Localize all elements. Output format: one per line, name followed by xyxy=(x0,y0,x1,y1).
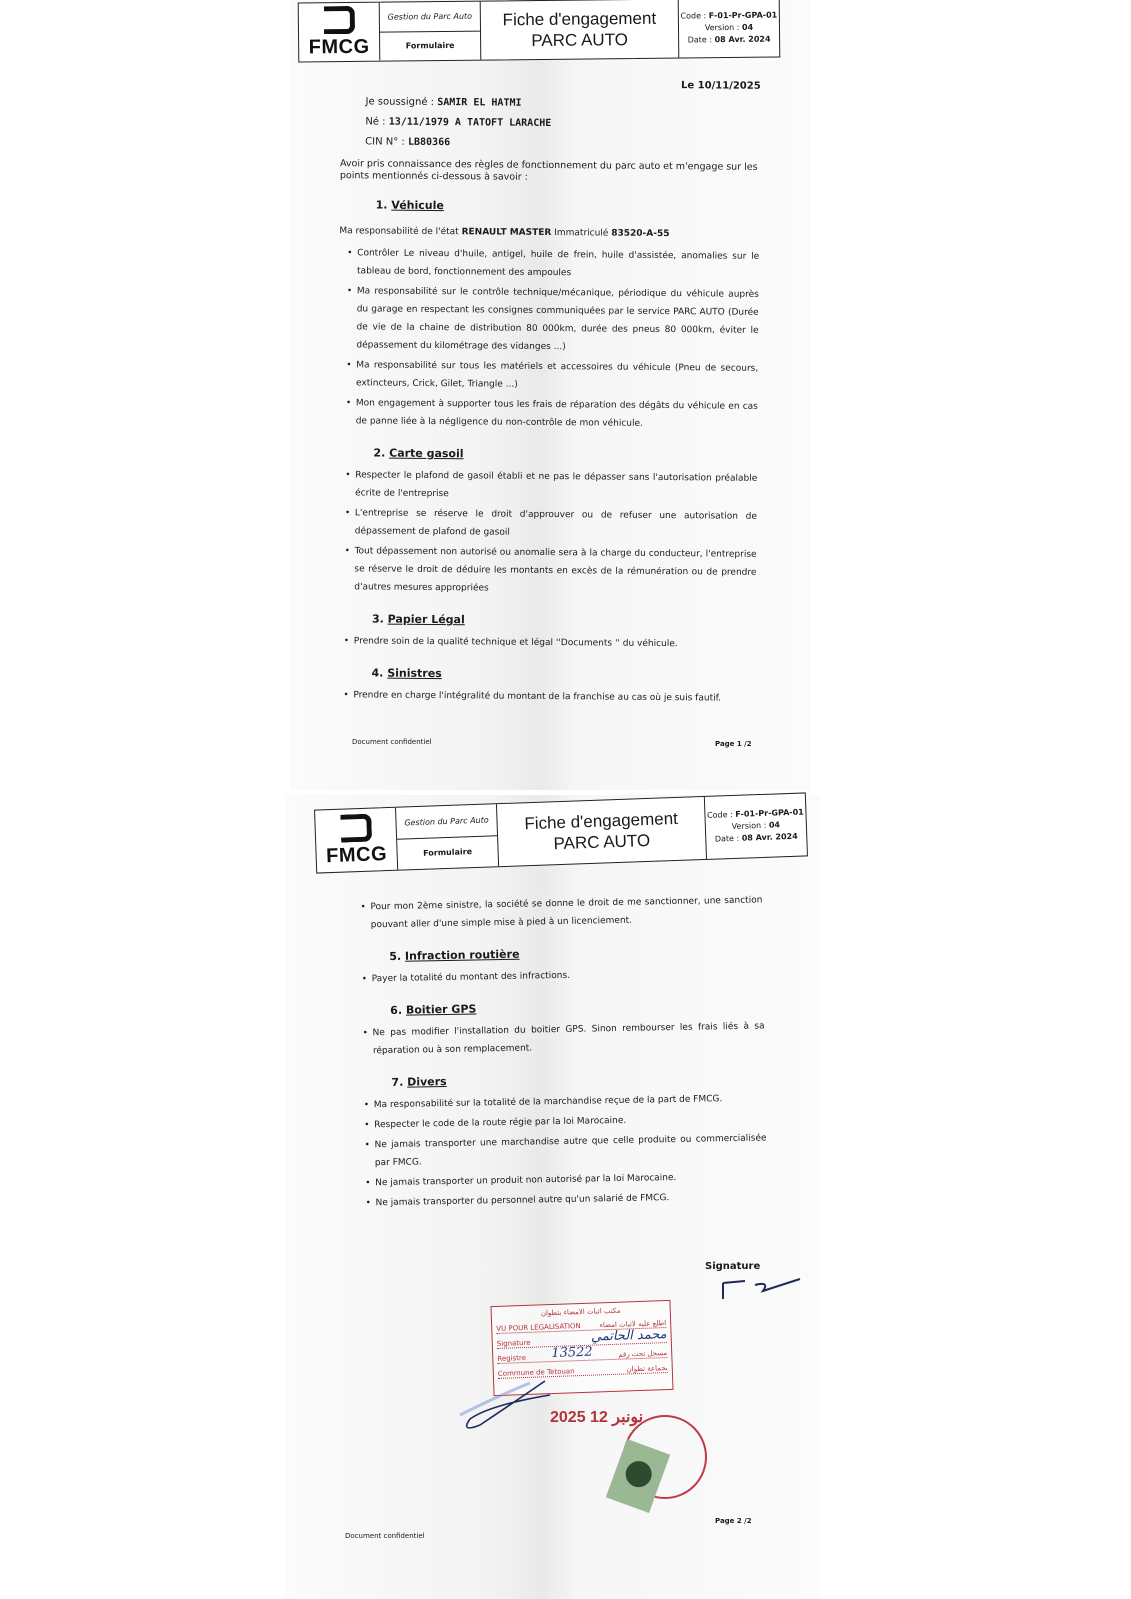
intro-text: Avoir pris connaissance des règles de fo… xyxy=(340,158,760,186)
footer-confidential: Document confidentiel xyxy=(352,738,432,746)
vehicle-responsibility: Ma responsabilité de l'état RENAULT MAST… xyxy=(339,222,759,244)
department-label: Gestion du Parc Auto xyxy=(380,2,480,33)
stamp-date: 2025 نونبر 12 xyxy=(550,1407,643,1427)
document-meta: Code : F-01-Pr-GPA-01 Version : 04 Date … xyxy=(679,0,780,58)
page2-content: Pour mon 2ème sinistre, la société se do… xyxy=(352,891,767,1214)
logo-text: FMCG xyxy=(309,35,370,59)
cin-number: LB80366 xyxy=(408,137,450,148)
list-item: L'entreprise se réserve le droit d'appro… xyxy=(355,504,757,544)
birth-info: 13/11/1979 A TATOFT LARACHE xyxy=(389,117,552,129)
section-vehicule: 1. Véhicule xyxy=(376,196,760,217)
logo-arrow-icon xyxy=(323,5,354,33)
company-logo: FMCG xyxy=(299,3,381,62)
document-page-1: FMCG Gestion du Parc Auto Formulaire Fic… xyxy=(290,0,810,790)
logo-arrow-icon xyxy=(340,813,372,842)
doc-code: F-01-Pr-GPA-01 xyxy=(709,11,778,21)
doc-version: 04 xyxy=(742,23,753,32)
doc-date: 08 Avr. 2024 xyxy=(715,35,771,45)
document-header: FMCG Gestion du Parc Auto Formulaire Fic… xyxy=(298,0,781,63)
doc-version: 04 xyxy=(769,820,780,829)
section-infraction-routiere: 5. Infraction routière xyxy=(389,941,763,966)
document-meta: Code : F-01-Pr-GPA-01 Version : 04 Date … xyxy=(705,793,807,858)
official-signature-icon xyxy=(450,1375,560,1435)
list-item: Contrôler Le niveau d'huile, antigel, hu… xyxy=(357,244,759,284)
section-papier-legal: 3. Papier Légal xyxy=(372,610,756,631)
list-item: Prendre en charge l'intégralité du monta… xyxy=(353,686,755,708)
company-logo: FMCG xyxy=(315,808,398,873)
document-title: Fiche d'engagement PARC AUTO xyxy=(481,0,680,60)
department-label: Gestion du Parc Auto xyxy=(396,804,497,839)
form-type-label: Formulaire xyxy=(380,31,480,61)
signature-mark-icon xyxy=(715,1273,805,1303)
vehicle-model: RENAULT MASTER xyxy=(462,227,552,238)
section-sinistres: 4. Sinistres xyxy=(371,664,755,685)
vehicle-plate: 83520-A-55 xyxy=(611,229,669,240)
list-item: Payer la totalité du montant des infract… xyxy=(372,963,764,988)
section-carte-gasoil: 2. Carte gasoil xyxy=(373,444,757,465)
list-item: Ne pas modifier l'installation du boitie… xyxy=(372,1017,765,1060)
form-type-label: Formulaire xyxy=(397,836,498,870)
employee-name: SAMIR EL HATMI xyxy=(437,97,521,109)
list-item: Prendre soin de la qualité technique et … xyxy=(354,632,756,654)
footer-confidential: Document confidentiel xyxy=(345,1532,425,1540)
list-item: Ma responsabilité sur le contrôle techni… xyxy=(356,282,759,358)
doc-date: 08 Avr. 2024 xyxy=(742,832,798,843)
list-item: Ma responsabilité sur tous les matériels… xyxy=(356,356,758,396)
list-item: Respecter le plafond de gasoil établi et… xyxy=(355,466,757,506)
document-header: FMCG Gestion du Parc Auto Formulaire Fic… xyxy=(314,792,808,873)
list-item: Tout dépassement non autorisé ou anomali… xyxy=(354,542,756,600)
page1-content: Le 10/11/2025 Je soussigné : SAMIR EL HA… xyxy=(335,74,760,710)
list-item: Pour mon 2ème sinistre, la société se do… xyxy=(370,891,763,934)
document-title: Fiche d'engagement PARC AUTO xyxy=(497,797,707,866)
logo-text: FMCG xyxy=(326,843,388,868)
registration-number: 13522 xyxy=(551,1345,593,1361)
doc-code: F-01-Pr-GPA-01 xyxy=(735,808,804,819)
section-boitier-gps: 6. Boitier GPS xyxy=(390,995,764,1020)
section-divers: 7. Divers xyxy=(391,1067,765,1092)
handwritten-name: محمد الحاتمي xyxy=(591,1327,667,1345)
page-number: Page 2 /2 xyxy=(715,1517,752,1525)
signature-label: Signature xyxy=(705,1261,760,1272)
document-page-2: FMCG Gestion du Parc Auto Formulaire Fic… xyxy=(285,795,820,1599)
list-item: Ne jamais transporter une marchandise au… xyxy=(374,1129,767,1172)
cin-line: CIN N° : LB80366 xyxy=(365,132,760,155)
list-item: Mon engagement à supporter tous les frai… xyxy=(356,394,758,434)
page-number: Page 1 /2 xyxy=(715,740,752,748)
